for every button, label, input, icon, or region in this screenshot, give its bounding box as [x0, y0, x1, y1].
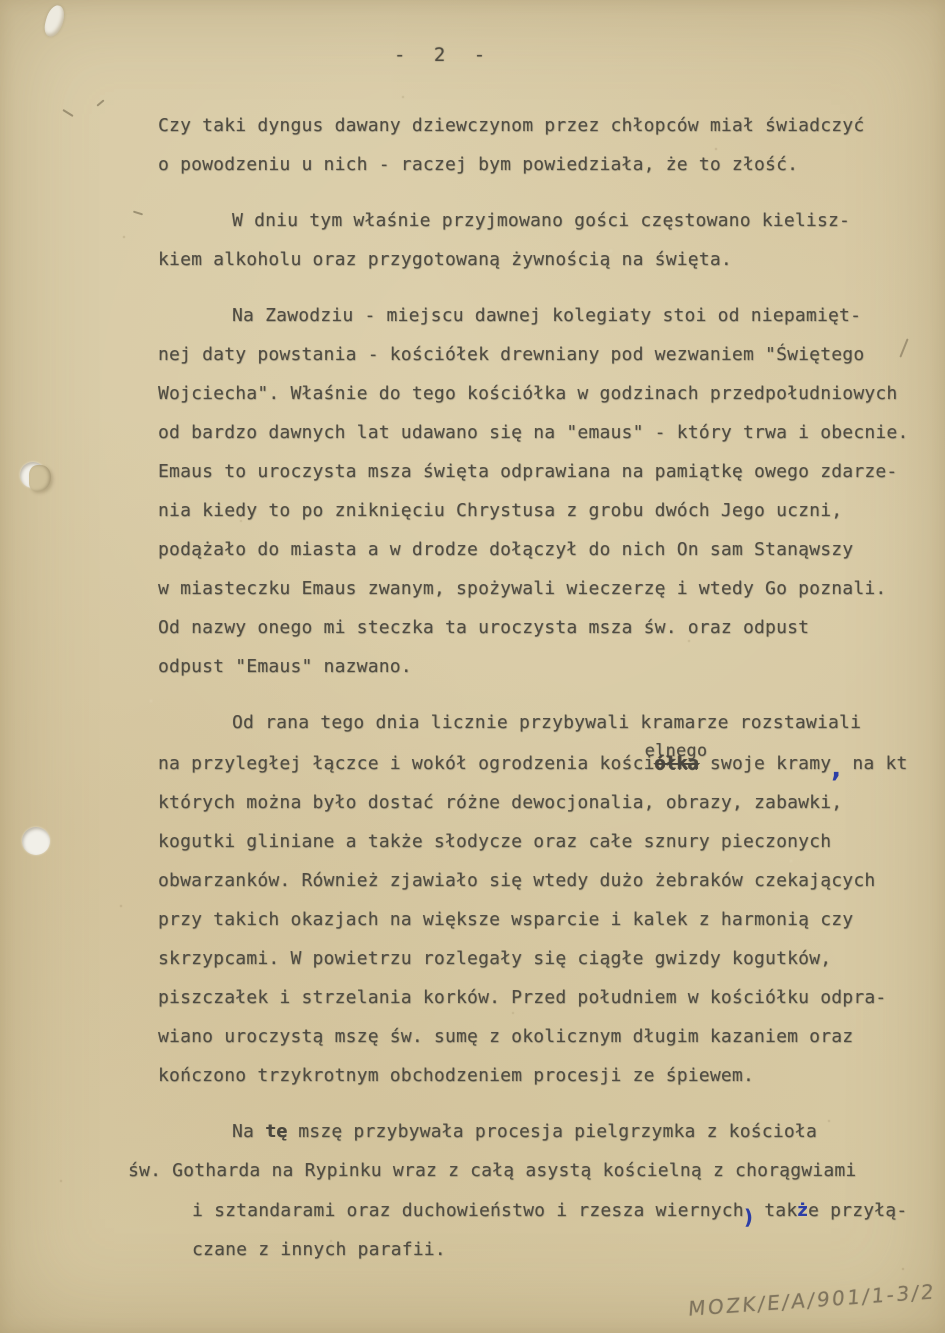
text-line: o powodzeniu u nich - raczej bym powiedz…: [158, 145, 938, 184]
overstruck-word: ółkaelnego: [655, 744, 699, 783]
text-line: podążało do miasta a w drodze dołączył d…: [158, 530, 938, 569]
text-line: piszczałek i strzelania korków. Przed po…: [158, 978, 938, 1017]
text-line: czane z innych parafii.: [192, 1230, 938, 1269]
text-line: od bardzo dawnych lat udawano się na "em…: [158, 413, 938, 452]
text-segment: e przyłą-: [808, 1200, 907, 1221]
text-line: Emaus to uroczysta msza święta odprawian…: [158, 452, 938, 491]
text-segment: mszę przybywała procesja pielgrzymka z k…: [287, 1121, 817, 1142]
paper-speckles: [0, 0, 2, 2]
text-segment: na przyległej łączce i wokół ogrodzenia …: [158, 753, 655, 774]
paragraph-2: W dniu tym właśnie przyjmowano gości czę…: [158, 201, 938, 279]
text-line: Od rana tego dnia licznie przybywali kra…: [158, 703, 938, 742]
text-line: przy takich okazjach na większe wsparcie…: [158, 900, 938, 939]
overtyped-word: tę: [265, 1121, 287, 1142]
text-line: W dniu tym właśnie przyjmowano gości czę…: [158, 201, 938, 240]
text-line: Od nazwy onego mi steczka ta uroczysta m…: [158, 608, 938, 647]
text-line: kończono trzykrotnym obchodzeniem proces…: [158, 1056, 938, 1095]
handwritten-zdot: ż: [797, 1200, 808, 1221]
text-line: w miasteczku Emaus zwanym, spożywali wie…: [158, 569, 938, 608]
text-segment: na kt: [841, 753, 907, 774]
text-line: nia kiedy to po zniknięciu Chrystusa z g…: [158, 491, 938, 530]
paper-blemish: [42, 3, 66, 38]
page-number: - 2 -: [394, 44, 490, 66]
text-segment: swoje kramy: [699, 753, 831, 774]
text-line: Na Zawodziu - miejscu dawnej kolegiaty s…: [158, 296, 938, 335]
text-line: nej daty powstania - kościółek drewniany…: [158, 335, 938, 374]
text-line: skrzypcami. W powietrzu rozlegały się ci…: [158, 939, 938, 978]
pencil-mark: [133, 211, 143, 216]
text-line: kogutki gliniane a także słodycze oraz c…: [158, 822, 938, 861]
text-line-with-pen-marks: i sztandarami oraz duchowieństwo i rzesz…: [192, 1190, 938, 1230]
text-segment: tak: [753, 1200, 797, 1221]
text-segment: i sztandarami oraz duchowieństwo i rzesz…: [192, 1200, 744, 1221]
text-line-with-correction: na przyległej łączce i wokół ogrodzenia …: [158, 742, 938, 783]
pencil-mark: [62, 109, 73, 117]
text-line: Czy taki dyngus dawany dziewczynom przez…: [158, 106, 938, 145]
text-line: Wojciecha". Właśnie do tego kościółka w …: [158, 374, 938, 413]
text-segment: Na: [232, 1121, 265, 1142]
pencil-mark: [96, 99, 104, 106]
text-line: kiem alkoholu oraz przygotowaną żywności…: [158, 240, 938, 279]
paragraph-5: Na tę mszę przybywała procesja pielgrzym…: [158, 1112, 938, 1269]
text-line: odpust "Emaus" nazwano.: [158, 647, 938, 686]
text-line: wiano uroczystą mszę św. sumę z okoliczn…: [158, 1017, 938, 1056]
scanned-document-page: - 2 - Czy taki dyngus dawany dziewczynom…: [0, 0, 945, 1333]
paragraph-4: Od rana tego dnia licznie przybywali kra…: [158, 703, 938, 1095]
hole-punch: [22, 827, 50, 855]
paragraph-1: Czy taki dyngus dawany dziewczynom przez…: [158, 106, 938, 184]
text-line-with-emphasis: Na tę mszę przybywała procesja pielgrzym…: [158, 1112, 938, 1151]
text-line: których można było dostać różne dewocjon…: [158, 783, 938, 822]
paragraph-3: Na Zawodziu - miejscu dawnej kolegiaty s…: [158, 296, 938, 686]
handwritten-paren: ): [744, 1205, 753, 1229]
document-body: Czy taki dyngus dawany dziewczynom przez…: [158, 106, 938, 1286]
handwritten-comma: ,: [831, 754, 841, 784]
hole-punch-flap: [29, 465, 51, 491]
text-line: obwarzanków. Również zjawiało się wtedy …: [158, 861, 938, 900]
text-line: św. Gotharda na Rypinku wraz z całą asys…: [128, 1151, 938, 1190]
typed-correction: elnego: [645, 743, 708, 760]
